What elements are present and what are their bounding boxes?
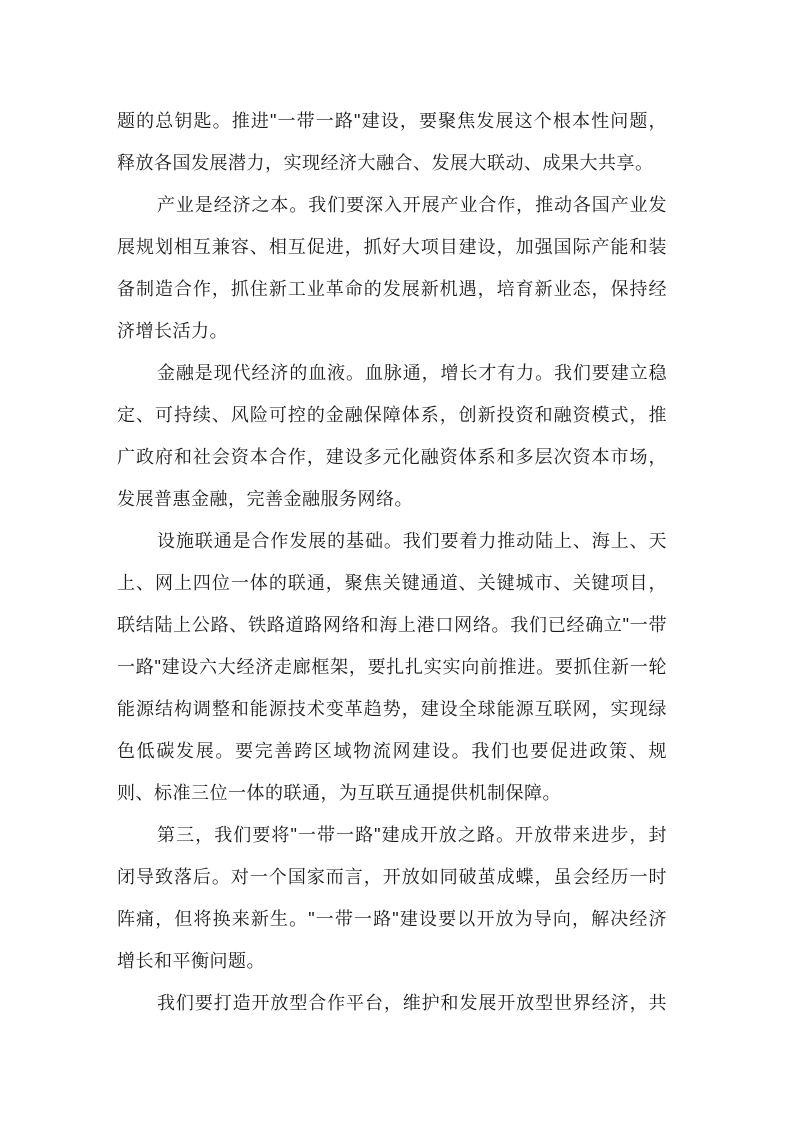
text-line: 产业是经济之本。我们要深入开展产业合作，推动各国产业发	[117, 184, 667, 226]
text-line: 题的总钥匙。推进"一带一路"建设，要聚焦发展这个根本性问题，	[117, 100, 667, 142]
text-line: 第三，我们要将"一带一路"建成开放之路。开放带来进步，封	[117, 814, 667, 856]
text-line: 金融是现代经济的血液。血脉通，增长才有力。我们要建立稳	[117, 352, 667, 394]
text-line: 展规划相互兼容、相互促进，抓好大项目建设，加强国际产能和装	[117, 226, 667, 268]
text-line: 能源结构调整和能源技术变革趋势，建设全球能源互联网，实现绿	[117, 688, 667, 730]
text-line: 我们要打造开放型合作平台，维护和发展开放型世界经济，共	[117, 982, 667, 1024]
text-line: 济增长活力。	[117, 310, 667, 352]
text-line: 上、网上四位一体的联通，聚焦关键通道、关键城市、关键项目，	[117, 562, 667, 604]
text-line: 广政府和社会资本合作，建设多元化融资体系和多层次资本市场，	[117, 436, 667, 478]
text-line: 则、标准三位一体的联通，为互联互通提供机制保障。	[117, 772, 667, 814]
text-line: 一路"建设六大经济走廊框架，要扎扎实实向前推进。要抓住新一轮	[117, 646, 667, 688]
text-line: 备制造合作，抓住新工业革命的发展新机遇，培育新业态，保持经	[117, 268, 667, 310]
text-line: 联结陆上公路、铁路道路网络和海上港口网络。我们已经确立"一带	[117, 604, 667, 646]
text-line: 定、可持续、风险可控的金融保障体系，创新投资和融资模式，推	[117, 394, 667, 436]
text-line: 发展普惠金融，完善金融服务网络。	[117, 478, 667, 520]
document-text: 题的总钥匙。推进"一带一路"建设，要聚焦发展这个根本性问题，释放各国发展潜力，实…	[117, 100, 667, 1024]
text-line: 设施联通是合作发展的基础。我们要着力推动陆上、海上、天	[117, 520, 667, 562]
text-line: 阵痛，但将换来新生。"一带一路"建设要以开放为导向，解决经济	[117, 898, 667, 940]
text-line: 增长和平衡问题。	[117, 940, 667, 982]
text-line: 闭导致落后。对一个国家而言，开放如同破茧成蝶，虽会经历一时	[117, 856, 667, 898]
document-page: 题的总钥匙。推进"一带一路"建设，要聚焦发展这个根本性问题，释放各国发展潜力，实…	[0, 0, 800, 1130]
text-line: 色低碳发展。要完善跨区域物流网建设。我们也要促进政策、规	[117, 730, 667, 772]
text-line: 释放各国发展潜力，实现经济大融合、发展大联动、成果大共享。	[117, 142, 667, 184]
